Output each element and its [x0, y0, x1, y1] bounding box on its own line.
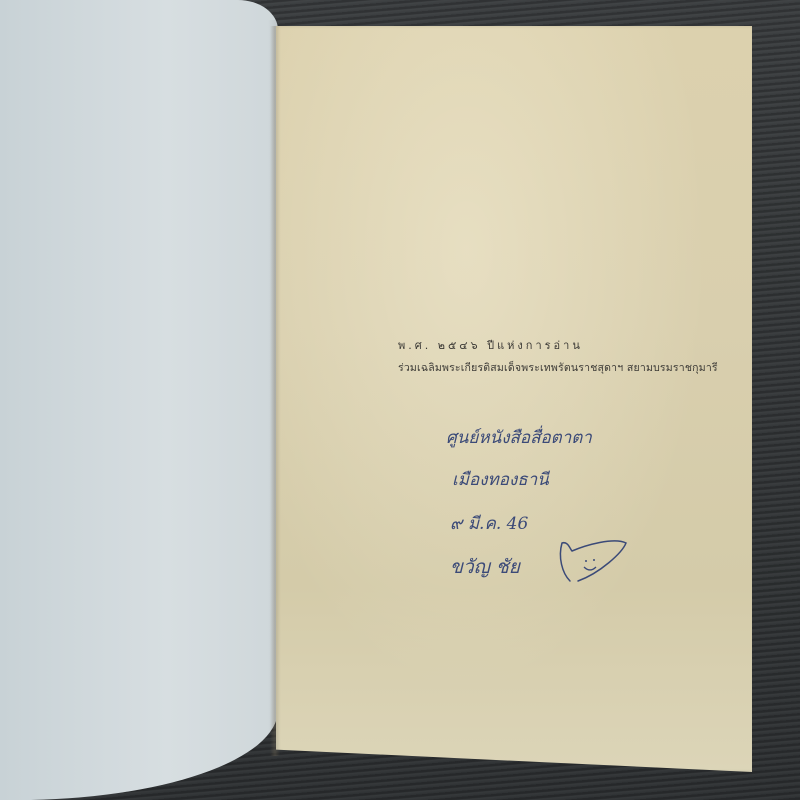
handwritten-line-store: ศูนย์หนังสือสื่อตาตา [446, 424, 592, 451]
handwritten-line-place: เมืองทองธานี [452, 466, 549, 493]
right-page [276, 26, 752, 772]
left-page-blank [0, 0, 278, 800]
handwritten-signature: ขวัญ ชัย [450, 552, 520, 582]
smiley-doodle-icon [556, 537, 628, 587]
handwritten-line-date: ๙ มี.ค. 46 [450, 510, 528, 537]
printed-line-year: พ.ศ. ๒๕๔๖ ปีแห่งการอ่าน [398, 336, 718, 354]
printed-line-dedication: ร่วมเฉลิมพระเกียรติสมเด็จพระเทพรัตนราชสุ… [398, 359, 718, 376]
printed-dedication: พ.ศ. ๒๕๔๖ ปีแห่งการอ่าน ร่วมเฉลิมพระเกีย… [398, 336, 718, 376]
